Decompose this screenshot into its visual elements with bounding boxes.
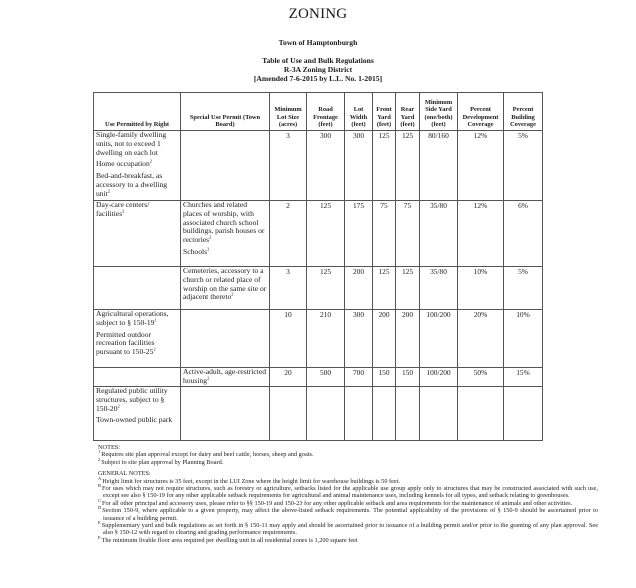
note-marker: 1 <box>98 449 100 454</box>
use-entry: Active-adult, age-restricted housing2 <box>183 368 267 386</box>
value-cell: 75 <box>373 201 396 267</box>
table-row: Active-adult, age-restricted housing2205… <box>94 368 543 387</box>
table-row: Agricultural operations, subject to § 15… <box>94 310 543 368</box>
value-cell: 10% <box>458 267 504 310</box>
special-use-cell: Cemeteries, accessory to a church or rel… <box>181 267 270 310</box>
use-entry: Schools2 <box>183 248 267 257</box>
use-text: Agricultural operations, subject to § 15… <box>96 309 169 327</box>
note-item: DSection 150-9, where applicable to a gi… <box>98 507 598 522</box>
notes-section: NOTES: 1Requires site plan approval exce… <box>98 444 598 544</box>
note-item: ESupplementary yard and bulk regulations… <box>98 522 598 537</box>
value-cell: 100/200 <box>420 368 458 387</box>
value-cell: 200 <box>345 267 373 310</box>
footnote-ref: 2 <box>231 292 233 297</box>
value-cell <box>345 387 373 441</box>
page-title: ZONING <box>0 6 636 23</box>
footnote-ref: 2 <box>118 403 120 408</box>
use-text: Bed-and-breakfast, as accessory to a dwe… <box>96 171 167 198</box>
note-text: For all other principal and accessory us… <box>102 500 572 507</box>
value-cell: 300 <box>307 131 345 201</box>
value-cell: 3 <box>270 131 307 201</box>
use-entry: Home occupation2 <box>96 160 178 169</box>
value-cell: 100/200 <box>420 310 458 368</box>
value-cell: 5% <box>504 267 543 310</box>
table-title: Table of Use and Bulk Regulations <box>0 56 636 65</box>
value-cell: 175 <box>345 201 373 267</box>
use-entry: Day-care centers/ facilities2 <box>96 201 178 219</box>
value-cell: 200 <box>396 310 420 368</box>
use-entry: Agricultural operations, subject to § 15… <box>96 310 178 328</box>
column-header: Percent Building Coverage <box>504 93 543 131</box>
note-marker: F <box>98 535 101 540</box>
column-header: Rear Yard (feet) <box>396 93 420 131</box>
value-cell: 125 <box>396 131 420 201</box>
value-cell: 150 <box>373 368 396 387</box>
table-row: Single-family dwelling units, not to exc… <box>94 131 543 201</box>
use-by-right-cell: Regulated public utility structures, sub… <box>94 387 181 441</box>
note-marker: A <box>98 476 101 481</box>
value-cell: 125 <box>396 267 420 310</box>
value-cell: 210 <box>307 310 345 368</box>
value-cell: 5% <box>504 131 543 201</box>
note-text: Section 150-9, where applicable to a giv… <box>102 507 598 521</box>
value-cell: 20 <box>270 368 307 387</box>
value-cell: 50% <box>458 368 504 387</box>
footnote-ref: 2 <box>207 375 209 380</box>
value-cell <box>458 387 504 441</box>
value-cell: 150 <box>396 368 420 387</box>
note-item: AHeight limit for structures is 35 feet,… <box>98 478 598 485</box>
value-cell: 125 <box>373 131 396 201</box>
note-marker: B <box>98 483 101 488</box>
value-cell: 12% <box>458 131 504 201</box>
note-marker: D <box>98 505 101 510</box>
value-cell: 15% <box>504 368 543 387</box>
value-cell: 125 <box>307 267 345 310</box>
use-entry: Regulated public utility structures, sub… <box>96 387 178 413</box>
value-cell <box>307 387 345 441</box>
value-cell: 500 <box>307 368 345 387</box>
table-row: Day-care centers/ facilities2Churches an… <box>94 201 543 267</box>
value-cell: 200 <box>373 310 396 368</box>
note-marker: E <box>98 520 101 525</box>
note-marker: C <box>98 498 101 503</box>
value-cell <box>396 387 420 441</box>
town-name: Town of Hamptonburgh <box>0 38 636 47</box>
special-use-cell <box>181 310 270 368</box>
note-item: BFor uses which may not require structur… <box>98 485 598 500</box>
district-name: R-3A Zoning District <box>0 65 636 74</box>
special-use-cell <box>181 131 270 201</box>
use-by-right-cell <box>94 368 181 387</box>
use-text: Churches and related places of worship, … <box>183 200 264 244</box>
special-use-cell: Active-adult, age-restricted housing2 <box>181 368 270 387</box>
note-text: Height limit for structures is 35 feet, … <box>102 478 400 485</box>
footnote-ref: 2 <box>150 159 152 164</box>
use-text: Active-adult, age-restricted housing <box>183 367 266 385</box>
column-header: Use Permitted by Right <box>94 93 181 131</box>
value-cell: 35/80 <box>420 201 458 267</box>
value-cell: 80/160 <box>420 131 458 201</box>
table-row: Regulated public utility structures, sub… <box>94 387 543 441</box>
use-entry: Cemeteries, accessory to a church or rel… <box>183 267 267 302</box>
footnote-ref: 2 <box>153 347 155 352</box>
use-text: Town-owned public park <box>96 415 172 424</box>
use-text: Single-family dwelling units, not to exc… <box>96 130 166 157</box>
use-entry: Permitted outdoor recreation facilities … <box>96 331 178 357</box>
use-entry: Single-family dwelling units, not to exc… <box>96 131 178 157</box>
value-cell <box>373 387 396 441</box>
value-cell <box>420 387 458 441</box>
note-text: Requires site plan approval except for d… <box>101 451 313 458</box>
note-marker: 2 <box>98 457 100 462</box>
header-row: Use Permitted by Right Special Use Permi… <box>94 93 543 131</box>
column-header: Front Yard (feet) <box>373 93 396 131</box>
use-text: Permitted outdoor recreation facilities … <box>96 330 154 357</box>
value-cell: 300 <box>345 310 373 368</box>
use-text: Cemeteries, accessory to a church or rel… <box>183 266 266 301</box>
column-header: Special Use Permit (Town Board) <box>181 93 270 131</box>
value-cell: 700 <box>345 368 373 387</box>
note-item: FThe minimum livable floor area required… <box>98 537 598 544</box>
footnote-ref: 1 <box>154 317 156 322</box>
table-row: Cemeteries, accessory to a church or rel… <box>94 267 543 310</box>
note-item: 2Subject to site plan approval by Planni… <box>98 459 598 466</box>
value-cell: 75 <box>396 201 420 267</box>
footnote-ref: 2 <box>122 208 124 213</box>
use-by-right-cell: Day-care centers/ facilities2 <box>94 201 181 267</box>
value-cell: 300 <box>345 131 373 201</box>
value-cell: 12% <box>458 201 504 267</box>
value-cell: 35/80 <box>420 267 458 310</box>
value-cell: 10 <box>270 310 307 368</box>
note-text: For uses which may not require structure… <box>102 485 598 499</box>
use-text: Home occupation <box>96 159 150 168</box>
value-cell: 125 <box>373 267 396 310</box>
footnote-ref: 2 <box>108 188 110 193</box>
special-use-cell: Churches and related places of worship, … <box>181 201 270 267</box>
use-by-right-cell <box>94 267 181 310</box>
note-text: Subject to site plan approval by Plannin… <box>101 459 223 466</box>
value-cell: 2 <box>270 201 307 267</box>
value-cell: 6% <box>504 201 543 267</box>
value-cell <box>270 387 307 441</box>
footnote-ref: 2 <box>209 235 211 240</box>
column-header: Road Frontage (feet) <box>307 93 345 131</box>
column-header: Percent Development Coverage <box>458 93 504 131</box>
use-text: Regulated public utility structures, sub… <box>96 386 168 413</box>
amendment-note: [Amended 7-6-2015 by L.L. No. 1-2015] <box>0 74 636 83</box>
use-by-right-cell: Agricultural operations, subject to § 15… <box>94 310 181 368</box>
footnote-ref: 2 <box>207 246 209 251</box>
value-cell: 10% <box>504 310 543 368</box>
value-cell: 3 <box>270 267 307 310</box>
use-entry: Bed-and-breakfast, as accessory to a dwe… <box>96 172 178 198</box>
use-by-right-cell: Single-family dwelling units, not to exc… <box>94 131 181 201</box>
column-header: Minimum Lot Size (acres) <box>270 93 307 131</box>
general-notes-heading: GENERAL NOTES: <box>98 470 598 477</box>
column-header: Lot Width (feet) <box>345 93 373 131</box>
use-entry: Town-owned public park <box>96 416 178 425</box>
special-use-cell <box>181 387 270 441</box>
use-bulk-table: Use Permitted by Right Special Use Permi… <box>93 92 543 441</box>
column-header: Minimum Side Yard (one/both) (feet) <box>420 93 458 131</box>
use-entry: Churches and related places of worship, … <box>183 201 267 245</box>
value-cell: 20% <box>458 310 504 368</box>
note-text: Supplementary yard and bulk regulations … <box>102 522 598 536</box>
value-cell: 125 <box>307 201 345 267</box>
use-text: Schools <box>183 247 207 256</box>
note-text: The minimum livable floor area required … <box>102 537 358 544</box>
value-cell <box>504 387 543 441</box>
note-item: 1Requires site plan approval except for … <box>98 451 598 458</box>
